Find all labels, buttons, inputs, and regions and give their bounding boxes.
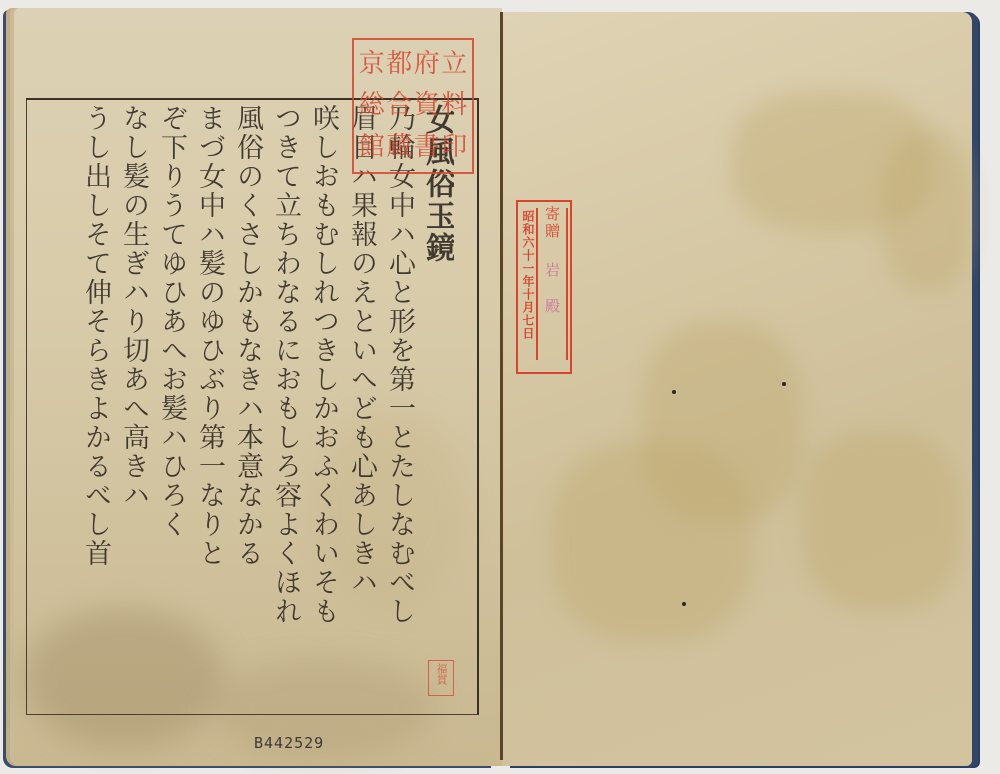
stamp-glyph: 立 <box>441 44 469 85</box>
donation-stamp: 昭和六十一年十月七日 寄贈 岩 殿 <box>516 200 572 374</box>
stamp-glyph: 書 <box>413 127 441 168</box>
text-column: ぞ下りうてゆひあへお髪ハひろく <box>154 104 188 704</box>
book-spread: 女風俗玉鏡 乃輪女中ハ心と形を第一とたしなむべし 眉目ハ果報のえといへども心あし… <box>0 0 1000 774</box>
seal-text: 福貫 <box>433 663 449 685</box>
text-column: なし髪の生ぎハり切あへ高きハ <box>116 104 150 704</box>
paper-speck <box>782 382 786 386</box>
shelf-mark: B442529 <box>254 734 324 752</box>
stamp-glyph: 資 <box>413 85 441 126</box>
right-page <box>502 12 972 766</box>
donor-name: 岩 殿 <box>542 262 563 321</box>
paper-speck <box>682 602 686 606</box>
text-column: まづ女中ハ髪のゆひぶり第一なりと <box>192 104 226 704</box>
library-ownership-stamp: 立 府 都 京 料 資 合 総 印 書 蔵 館 <box>352 38 474 174</box>
text-column: 咲しおもむしれつきしかおふくわいそも <box>306 104 340 704</box>
owner-seal: 福貫 <box>428 660 454 696</box>
text-column: つきて立ちわなるにおもしろ容よくほれ <box>268 104 302 704</box>
donation-label: 寄贈 <box>542 206 563 240</box>
book-gutter <box>500 12 503 760</box>
text-column: 乃輪女中ハ心と形を第一とたしなむべし <box>382 104 416 704</box>
stamp-glyph: 府 <box>413 44 441 85</box>
stamp-glyph: 蔵 <box>386 127 414 168</box>
stamp-glyph: 合 <box>386 85 414 126</box>
text-columns: 女風俗玉鏡 乃輪女中ハ心と形を第一とたしなむべし 眉目ハ果報のえといへども心あし… <box>34 104 454 704</box>
text-column: 眉目ハ果報のえといへども心あしきハ <box>344 104 378 704</box>
paper-speck <box>672 390 676 394</box>
text-column: うし出しそて伸そらきよかるべし首 <box>78 104 112 704</box>
stamp-glyph: 料 <box>441 85 469 126</box>
stamp-glyph: 印 <box>441 127 469 168</box>
text-column: 風俗のくさしかもなきハ本意なかる <box>230 104 264 704</box>
stamp-glyph: 総 <box>358 85 386 126</box>
book-title: 女風俗玉鏡 <box>420 104 454 704</box>
stamp-glyph: 京 <box>358 44 386 85</box>
donation-date: 昭和六十一年十月七日 <box>520 210 537 340</box>
stamp-glyph: 館 <box>358 127 386 168</box>
stamp-glyph: 都 <box>386 44 414 85</box>
